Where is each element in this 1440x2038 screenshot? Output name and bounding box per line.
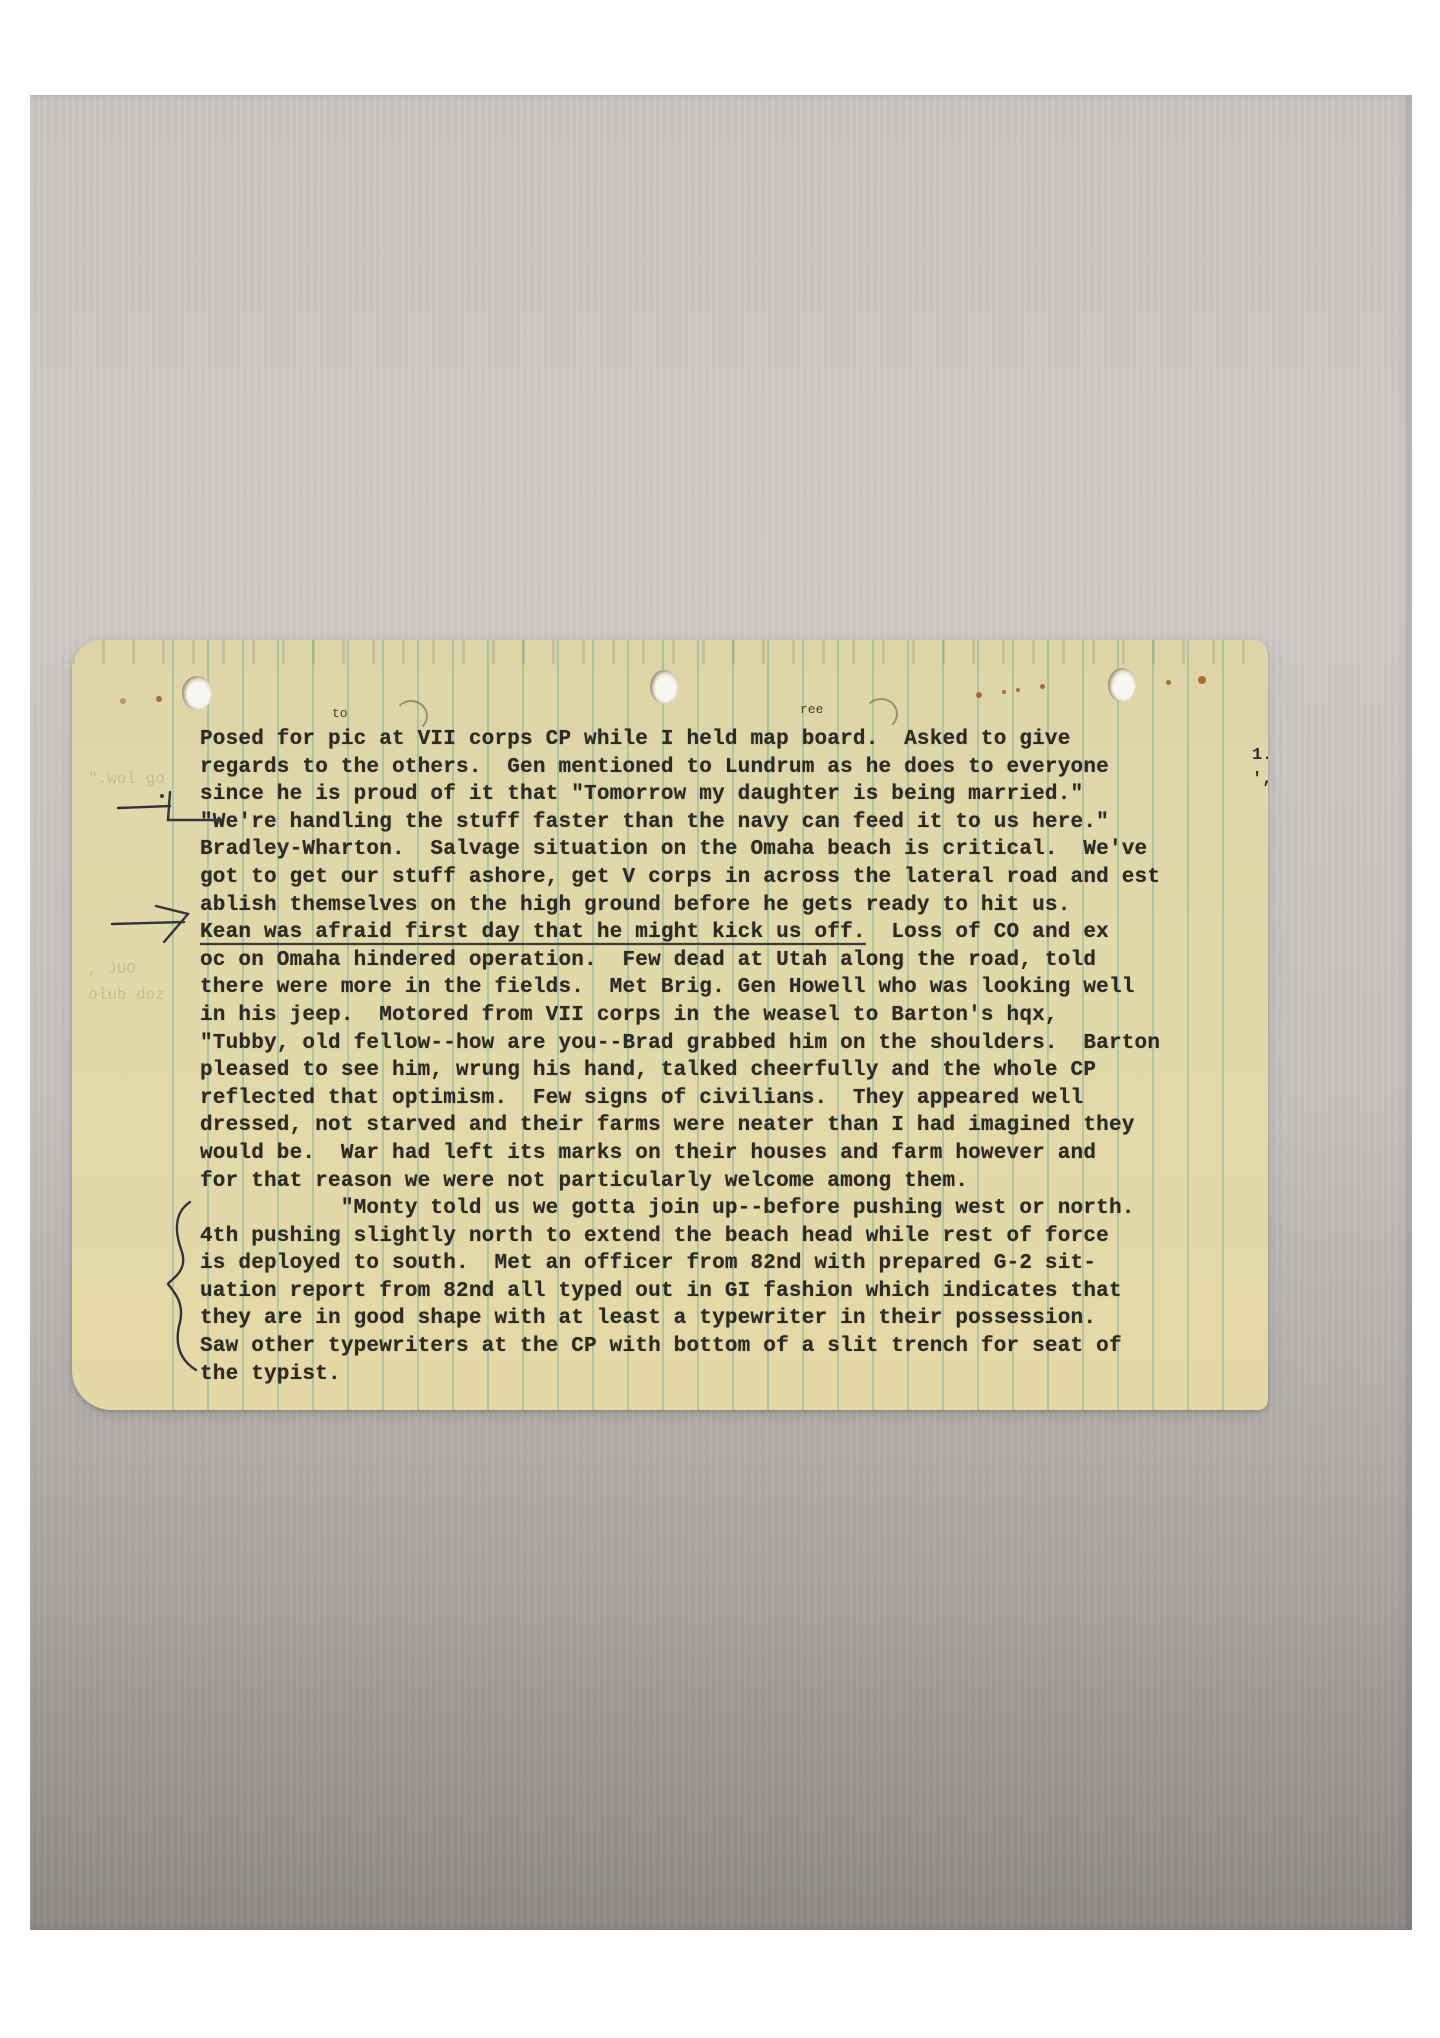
typed-line: got to get our stuff ashore, get V corps… xyxy=(200,864,1250,892)
typed-line-text: regards to the others. Gen mentioned to … xyxy=(200,756,1109,779)
rust-spot xyxy=(976,692,982,698)
typed-line-text: would be. War had left its marks on thei… xyxy=(200,1142,1096,1165)
typed-line-text: oc on Omaha hindered operation. Few dead… xyxy=(200,949,1096,972)
rust-spot xyxy=(1198,676,1206,684)
typed-line: in his jeep. Motored from VII corps in t… xyxy=(200,1002,1250,1030)
typed-line: regards to the others. Gen mentioned to … xyxy=(200,754,1250,782)
typed-text-body: Posed for pic at VII corps CP while I he… xyxy=(200,726,1250,1388)
typed-line-text: reflected that optimism. Few signs of ci… xyxy=(200,1087,1083,1110)
typed-line: oc on Omaha hindered operation. Few dead… xyxy=(200,947,1250,975)
typed-line: "Monty told us we gotta join up--before … xyxy=(200,1195,1250,1223)
right-edge-mark: 1. xyxy=(1252,746,1268,765)
typed-line-text: pleased to see him, wrung his hand, talk… xyxy=(200,1059,1096,1082)
typed-line: uation report from 82nd all typed out in… xyxy=(200,1278,1250,1306)
typed-line-text: in his jeep. Motored from VII corps in t… xyxy=(200,1004,1058,1027)
typed-line-text: they are in good shape with at least a t… xyxy=(200,1307,1096,1330)
typed-line: is deployed to south. Met an officer fro… xyxy=(200,1250,1250,1278)
handwritten-note: ree xyxy=(800,702,823,717)
typed-line: dressed, not starved and their farms wer… xyxy=(200,1112,1250,1140)
typed-line-text: Kean was afraid first day that he might … xyxy=(200,921,866,944)
punch-hole xyxy=(650,670,678,704)
typed-line-text: Saw other typewriters at the CP with bot… xyxy=(200,1335,1122,1358)
typed-line: "Tubby, old fellow--how are you--Brad gr… xyxy=(200,1030,1250,1058)
pen-annotations xyxy=(72,640,272,1410)
handwritten-note: to xyxy=(332,706,348,721)
typed-line: pleased to see him, wrung his hand, talk… xyxy=(200,1057,1250,1085)
typed-line-text: "We're handling the stuff faster than th… xyxy=(200,811,1109,834)
typed-line: 4th pushing slightly north to extend the… xyxy=(200,1223,1250,1251)
typed-line-text: Posed for pic at VII corps CP while I he… xyxy=(200,728,1071,751)
typed-line-text: "Tubby, old fellow--how are you--Brad gr… xyxy=(200,1032,1160,1055)
arrow-icon xyxy=(112,906,188,942)
typed-line: they are in good shape with at least a t… xyxy=(200,1305,1250,1333)
typed-line-text: 4th pushing slightly north to extend the… xyxy=(200,1225,1109,1248)
typed-line: Bradley-Wharton. Salvage situation on th… xyxy=(200,836,1250,864)
typed-line-text: since he is proud of it that "Tomorrow m… xyxy=(200,783,1083,806)
typed-line: ablish themselves on the high ground bef… xyxy=(200,892,1250,920)
rust-spot xyxy=(1002,690,1006,694)
typed-line: the typist. xyxy=(200,1361,1250,1389)
typed-line-text: there were more in the fields. Met Brig.… xyxy=(200,976,1135,999)
typed-line-text: dressed, not starved and their farms wer… xyxy=(200,1114,1135,1137)
right-edge-mark: ', xyxy=(1252,770,1268,789)
typed-line: "We're handling the stuff faster than th… xyxy=(200,809,1250,837)
index-card: ".wol go , JUO olub doz to ree Posed for… xyxy=(72,640,1268,1410)
typed-line-text: Bradley-Wharton. Salvage situation on th… xyxy=(200,838,1147,861)
typed-line-text: uation report from 82nd all typed out in… xyxy=(200,1280,1122,1303)
typed-line: reflected that optimism. Few signs of ci… xyxy=(200,1085,1250,1113)
curly-brace-icon xyxy=(168,1202,196,1370)
typed-line-text: for that reason we were not particularly… xyxy=(200,1170,968,1193)
typed-line-text: is deployed to south. Met an officer fro… xyxy=(200,1252,1096,1275)
typed-line-text: ablish themselves on the high ground bef… xyxy=(200,894,1071,917)
typed-line: Saw other typewriters at the CP with bot… xyxy=(200,1333,1250,1361)
rust-spot xyxy=(1040,684,1045,689)
punch-hole xyxy=(1108,668,1136,702)
typed-line: since he is proud of it that "Tomorrow m… xyxy=(200,781,1250,809)
typed-line: would be. War had left its marks on thei… xyxy=(200,1140,1250,1168)
typed-line-text: got to get our stuff ashore, get V corps… xyxy=(200,866,1160,889)
typed-line: Posed for pic at VII corps CP while I he… xyxy=(200,726,1250,754)
rust-spot xyxy=(1016,688,1020,692)
typed-line-text: Loss of CO and ex xyxy=(866,921,1109,944)
typed-line: Kean was afraid first day that he might … xyxy=(200,919,1250,947)
bracket-mark-icon xyxy=(118,792,222,820)
typed-line: for that reason we were not particularly… xyxy=(200,1168,1250,1196)
typed-line: there were more in the fields. Met Brig.… xyxy=(200,974,1250,1002)
typed-line-text: "Monty told us we gotta join up--before … xyxy=(200,1197,1135,1220)
rust-spot xyxy=(1166,680,1171,685)
